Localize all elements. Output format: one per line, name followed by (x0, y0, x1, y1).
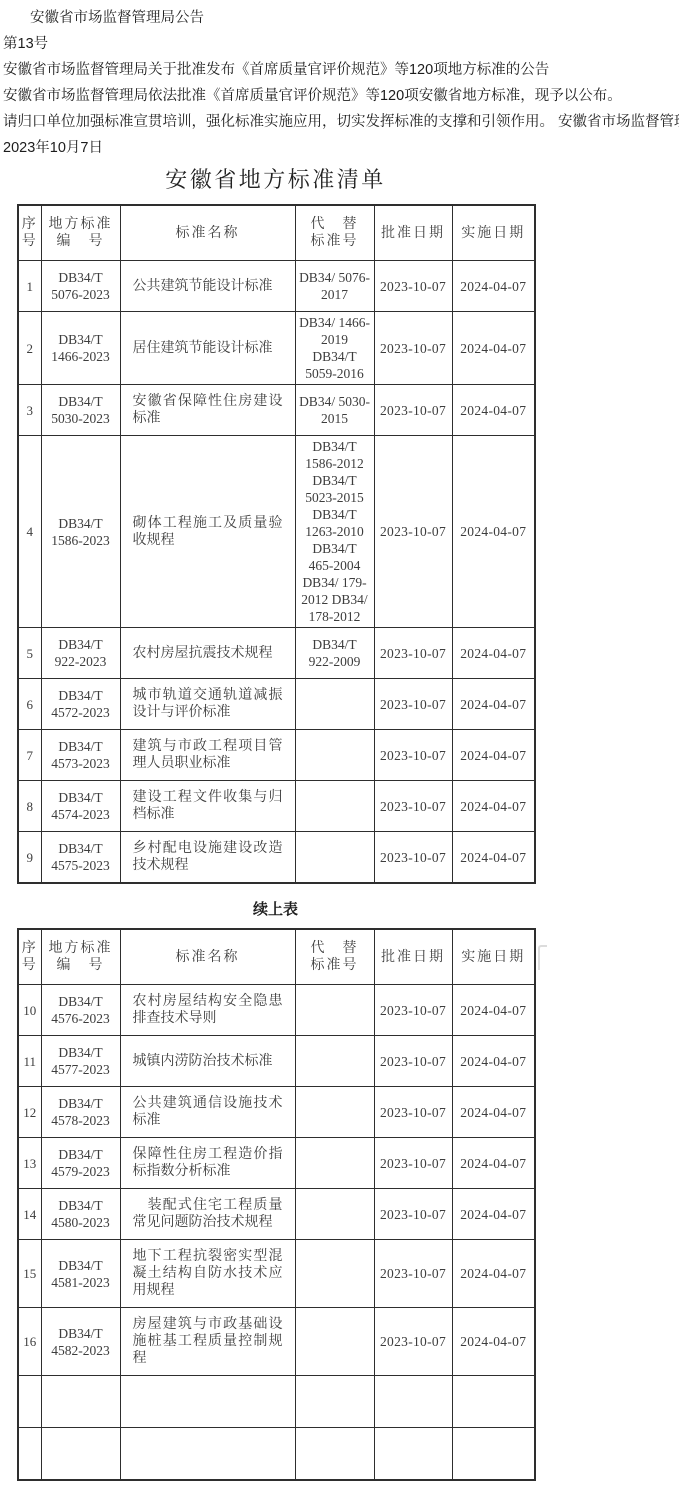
code-cell: DB34/T 4572-2023 (41, 679, 120, 730)
name-cell: 建筑与市政工程项目管理人员职业标准 (120, 730, 295, 781)
approval-date-cell: 2023-10-07 (374, 832, 452, 884)
code-cell: DB34/T 4575-2023 (41, 832, 120, 884)
code-cell: DB34/T 922-2023 (41, 628, 120, 679)
implementation-date-cell: 2024-04-07 (452, 1240, 535, 1308)
implementation-date-cell: 2024-04-07 (452, 1087, 535, 1138)
implementation-date-cell: 2024-04-07 (452, 1036, 535, 1087)
name-cell: 装配式住宅工程质量常见问题防治技术规程 (120, 1189, 295, 1240)
name-cell: 地下工程抗裂密实型混凝土结构自防水技术应用规程 (120, 1240, 295, 1308)
empty-cell (452, 1428, 535, 1480)
standard-row: 11DB34/T 4577-2023城镇内涝防治技术标准2023-10-0720… (18, 1036, 535, 1087)
replaced-cell (295, 730, 374, 781)
empty-cell (374, 1376, 452, 1428)
approval-date-cell: 2023-10-07 (374, 1189, 452, 1240)
list-title: 安徽省地方标准清单 (17, 165, 534, 195)
announcement-org-title: 安徽省市场监督管理局公告 (3, 5, 679, 31)
name-cell: 城镇内涝防治技术标准 (120, 1036, 295, 1087)
code-cell: DB34/T 5030-2023 (41, 385, 120, 436)
implementation-date-cell: 2024-04-07 (452, 679, 535, 730)
seq-cell: 2 (18, 312, 41, 385)
empty-cell (18, 1428, 41, 1480)
approval-date-cell: 2023-10-07 (374, 781, 452, 832)
empty-cell (452, 1376, 535, 1428)
replaced-cell (295, 1240, 374, 1308)
column-header: 标准名称 (120, 929, 295, 985)
column-header: 序 号 (18, 205, 41, 261)
seq-cell: 11 (18, 1036, 41, 1087)
empty-cell (374, 1428, 452, 1480)
implementation-date-cell: 2024-04-07 (452, 1308, 535, 1376)
implementation-date-cell: 2024-04-07 (452, 261, 535, 312)
approval-date-cell: 2023-10-07 (374, 1036, 452, 1087)
code-cell: DB34/T 4582-2023 (41, 1308, 120, 1376)
name-cell: 乡村配电设施建设改造技术规程 (120, 832, 295, 884)
replaced-cell: DB34/T 1586-2012 DB34/T 5023-2015 DB34/T… (295, 436, 374, 628)
empty-cell (41, 1376, 120, 1428)
implementation-date-cell: 2024-04-07 (452, 730, 535, 781)
seq-cell: 1 (18, 261, 41, 312)
header-row: 序 号地方标准 编 号标准名称代 替 标准号批准日期实施日期 (18, 205, 535, 261)
empty-row (18, 1376, 535, 1428)
header-row: 序 号地方标准 编 号标准名称代 替 标准号批准日期实施日期 (18, 929, 535, 985)
column-header: 实施日期 (452, 929, 535, 985)
announcement-body-1: 安徽省市场监督管理局依法批准《首席质量官评价规范》等120项安徽省地方标准，现予… (3, 83, 679, 109)
seq-cell: 7 (18, 730, 41, 781)
approval-date-cell: 2023-10-07 (374, 1240, 452, 1308)
seq-cell: 4 (18, 436, 41, 628)
replaced-cell (295, 781, 374, 832)
implementation-date-cell: 2024-04-07 (452, 628, 535, 679)
column-header: 地方标准 编 号 (41, 929, 120, 985)
empty-cell (295, 1428, 374, 1480)
empty-cell (120, 1376, 295, 1428)
column-header: 实施日期 (452, 205, 535, 261)
replaced-cell (295, 1308, 374, 1376)
seq-cell: 5 (18, 628, 41, 679)
seq-cell: 9 (18, 832, 41, 884)
seq-cell: 12 (18, 1087, 41, 1138)
announcement-header: 安徽省市场监督管理局公告 第13号 安徽省市场监督管理局关于批准发布《首席质量官… (0, 0, 679, 161)
implementation-date-cell: 2024-04-07 (452, 781, 535, 832)
code-cell: DB34/T 4573-2023 (41, 730, 120, 781)
name-cell: 砌体工程施工及质量验收规程 (120, 436, 295, 628)
empty-cell (18, 1376, 41, 1428)
name-cell: 农村房屋抗震技术规程 (120, 628, 295, 679)
page: { "page": { "announcement": { "org_title… (0, 0, 679, 1500)
name-cell: 居住建筑节能设计标准 (120, 312, 295, 385)
standards-list-section: 安徽省地方标准清单 序 号地方标准 编 号标准名称代 替 标准号批准日期实施日期… (17, 165, 534, 1481)
approval-date-cell: 2023-10-07 (374, 985, 452, 1036)
empty-cell (295, 1376, 374, 1428)
standard-row: 1DB34/T 5076-2023公共建筑节能设计标准DB34/ 5076-20… (18, 261, 535, 312)
standard-row: 16DB34/T 4582-2023房屋建筑与市政基础设施桩基工程质量控制规程2… (18, 1308, 535, 1376)
announcement-subject: 安徽省市场监督管理局关于批准发布《首席质量官评价规范》等120项地方标准的公告 (3, 57, 679, 83)
implementation-date-cell: 2024-04-07 (452, 436, 535, 628)
code-cell: DB34/T 5076-2023 (41, 261, 120, 312)
replaced-cell (295, 679, 374, 730)
replaced-cell (295, 1189, 374, 1240)
standard-row: 12DB34/T 4578-2023公共建筑通信设施技术标准2023-10-07… (18, 1087, 535, 1138)
code-cell: DB34/T 4580-2023 (41, 1189, 120, 1240)
replaced-cell (295, 832, 374, 884)
column-header: 地方标准 编 号 (41, 205, 120, 261)
implementation-date-cell: 2024-04-07 (452, 832, 535, 884)
seq-cell: 15 (18, 1240, 41, 1308)
code-cell: DB34/T 4576-2023 (41, 985, 120, 1036)
standard-row: 15DB34/T 4581-2023地下工程抗裂密实型混凝土结构自防水技术应用规… (18, 1240, 535, 1308)
name-cell: 农村房屋结构安全隐患排查技术导则 (120, 985, 295, 1036)
standards-table-part2: 序 号地方标准 编 号标准名称代 替 标准号批准日期实施日期10DB34/T 4… (17, 928, 536, 1481)
standard-row: 9DB34/T 4575-2023乡村配电设施建设改造技术规程2023-10-0… (18, 832, 535, 884)
standard-row: 2DB34/T 1466-2023居住建筑节能设计标准DB34/ 1466-20… (18, 312, 535, 385)
replaced-cell (295, 1138, 374, 1189)
replaced-cell: DB34/ 1466-2019 DB34/T 5059-2016 (295, 312, 374, 385)
approval-date-cell: 2023-10-07 (374, 1138, 452, 1189)
implementation-date-cell: 2024-04-07 (452, 385, 535, 436)
selection-artifact-mark (538, 945, 547, 970)
implementation-date-cell: 2024-04-07 (452, 312, 535, 385)
approval-date-cell: 2023-10-07 (374, 679, 452, 730)
replaced-cell (295, 1036, 374, 1087)
approval-date-cell: 2023-10-07 (374, 628, 452, 679)
announcement-date: 2023年10月7日 (3, 135, 679, 161)
column-header: 序 号 (18, 929, 41, 985)
empty-row (18, 1428, 535, 1480)
seq-cell: 3 (18, 385, 41, 436)
replaced-cell (295, 1087, 374, 1138)
announcement-number: 第13号 (3, 31, 679, 57)
approval-date-cell: 2023-10-07 (374, 261, 452, 312)
code-cell: DB34/T 1586-2023 (41, 436, 120, 628)
code-cell: DB34/T 1466-2023 (41, 312, 120, 385)
column-header: 代 替 标准号 (295, 205, 374, 261)
seq-cell: 10 (18, 985, 41, 1036)
replaced-cell: DB34/ 5030-2015 (295, 385, 374, 436)
standard-row: 13DB34/T 4579-2023保障性住房工程造价指标指数分析标准2023-… (18, 1138, 535, 1189)
standards-table-part1: 序 号地方标准 编 号标准名称代 替 标准号批准日期实施日期1DB34/T 50… (17, 204, 536, 884)
seq-cell: 13 (18, 1138, 41, 1189)
name-cell: 保障性住房工程造价指标指数分析标准 (120, 1138, 295, 1189)
standard-row: 4DB34/T 1586-2023砌体工程施工及质量验收规程DB34/T 158… (18, 436, 535, 628)
column-header: 代 替 标准号 (295, 929, 374, 985)
seq-cell: 6 (18, 679, 41, 730)
approval-date-cell: 2023-10-07 (374, 436, 452, 628)
name-cell: 安徽省保障性住房建设标准 (120, 385, 295, 436)
replaced-cell (295, 985, 374, 1036)
standard-row: 6DB34/T 4572-2023城市轨道交通轨道减振设计与评价标准2023-1… (18, 679, 535, 730)
empty-cell (120, 1428, 295, 1480)
approval-date-cell: 2023-10-07 (374, 312, 452, 385)
column-header: 批准日期 (374, 929, 452, 985)
name-cell: 房屋建筑与市政基础设施桩基工程质量控制规程 (120, 1308, 295, 1376)
seq-cell: 16 (18, 1308, 41, 1376)
column-header: 标准名称 (120, 205, 295, 261)
approval-date-cell: 2023-10-07 (374, 730, 452, 781)
replaced-cell: DB34/T 922-2009 (295, 628, 374, 679)
approval-date-cell: 2023-10-07 (374, 1087, 452, 1138)
continuation-label: 续上表 (17, 901, 534, 919)
name-cell: 公共建筑通信设施技术标准 (120, 1087, 295, 1138)
approval-date-cell: 2023-10-07 (374, 1308, 452, 1376)
code-cell: DB34/T 4581-2023 (41, 1240, 120, 1308)
code-cell: DB34/T 4579-2023 (41, 1138, 120, 1189)
name-cell: 公共建筑节能设计标准 (120, 261, 295, 312)
seq-cell: 14 (18, 1189, 41, 1240)
standard-row: 7DB34/T 4573-2023建筑与市政工程项目管理人员职业标准2023-1… (18, 730, 535, 781)
code-cell: DB34/T 4574-2023 (41, 781, 120, 832)
standard-row: 10DB34/T 4576-2023农村房屋结构安全隐患排查技术导则2023-1… (18, 985, 535, 1036)
approval-date-cell: 2023-10-07 (374, 385, 452, 436)
standard-row: 8DB34/T 4574-2023建设工程文件收集与归档标准2023-10-07… (18, 781, 535, 832)
implementation-date-cell: 2024-04-07 (452, 985, 535, 1036)
seq-cell: 8 (18, 781, 41, 832)
code-cell: DB34/T 4577-2023 (41, 1036, 120, 1087)
empty-cell (41, 1428, 120, 1480)
name-cell: 城市轨道交通轨道减振设计与评价标准 (120, 679, 295, 730)
implementation-date-cell: 2024-04-07 (452, 1189, 535, 1240)
name-cell: 建设工程文件收集与归档标准 (120, 781, 295, 832)
replaced-cell: DB34/ 5076-2017 (295, 261, 374, 312)
implementation-date-cell: 2024-04-07 (452, 1138, 535, 1189)
code-cell: DB34/T 4578-2023 (41, 1087, 120, 1138)
standard-row: 3DB34/T 5030-2023安徽省保障性住房建设标准DB34/ 5030-… (18, 385, 535, 436)
announcement-body-2: 请归口单位加强标准宣贯培训，强化标准实施应用，切实发挥标准的支撑和引领作用。 安… (3, 109, 679, 135)
standard-row: 5DB34/T 922-2023农村房屋抗震技术规程DB34/T 922-200… (18, 628, 535, 679)
column-header: 批准日期 (374, 205, 452, 261)
standard-row: 14DB34/T 4580-2023 装配式住宅工程质量常见问题防治技术规程20… (18, 1189, 535, 1240)
